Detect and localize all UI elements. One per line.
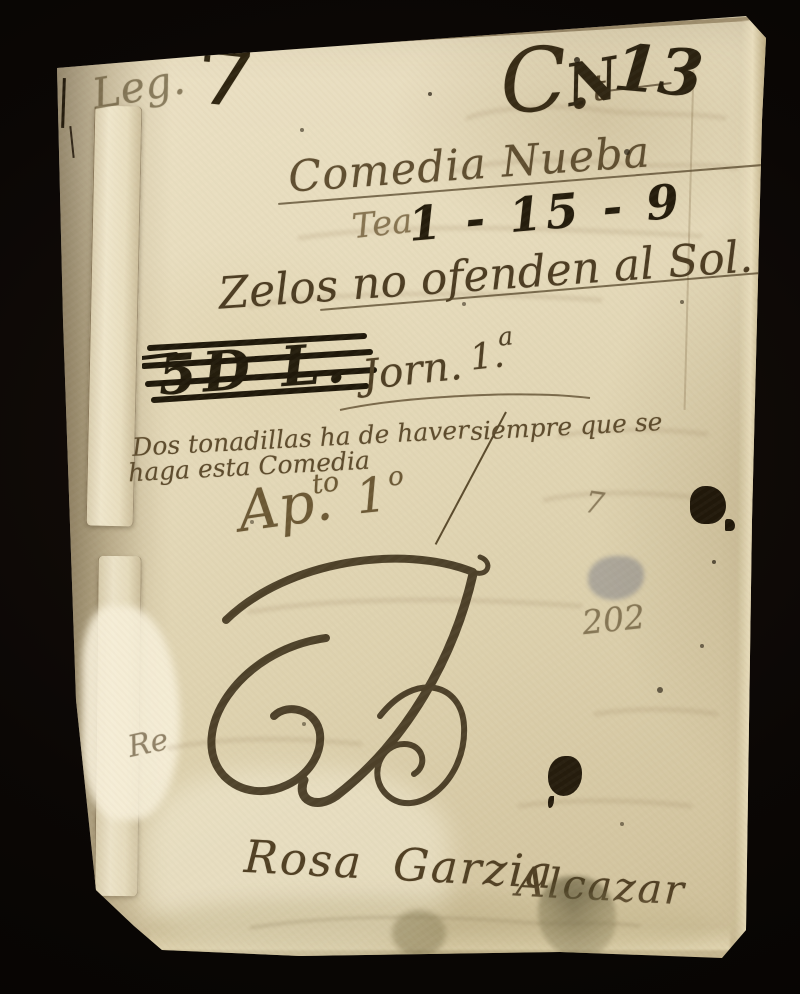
spine-stub [94, 556, 142, 896]
rubric-flourish-icon [168, 538, 598, 838]
legajo-number: 7 [191, 23, 259, 128]
apunte-ordinal: o [386, 461, 405, 492]
legajo-label: Leg. [88, 54, 188, 118]
act-label: Jorn. [360, 341, 465, 399]
faint-number: 202 [580, 597, 647, 642]
ink-blot [548, 756, 582, 796]
ink-blot [690, 486, 726, 524]
signature-surname: Alcazar [515, 858, 687, 915]
stitch-thread [69, 126, 74, 158]
page-edge [735, 20, 767, 945]
stray-seven: 7 [583, 485, 607, 522]
photo-background: Leg. 7 C. t N 13 Comedia Nueba Tea 1 - 1… [0, 0, 800, 994]
stitch-thread [61, 78, 66, 128]
stitch-thread [72, 850, 87, 897]
apunte-number: 1 [353, 467, 389, 526]
blue-smudge [588, 556, 644, 600]
shelf-label: Tea [350, 201, 414, 247]
apunte-sup: to [310, 466, 341, 500]
left-faint-mark: Re [125, 722, 172, 765]
number-mark-value: 13 [611, 30, 706, 112]
paper-specks [0, 0, 4, 4]
stain [392, 910, 446, 956]
crossedout-text: 5D L. [156, 329, 353, 407]
stitch-thread [91, 905, 107, 946]
stitch-thread [57, 790, 66, 832]
signature-first-names: Rosa Garzia [243, 830, 556, 899]
act-ordinal: a [497, 321, 515, 351]
page-edge [150, 926, 730, 950]
book-cover: Leg. 7 C. t N 13 Comedia Nueba Tea 1 - 1… [0, 0, 800, 994]
bottom-ghost-text [250, 917, 640, 928]
